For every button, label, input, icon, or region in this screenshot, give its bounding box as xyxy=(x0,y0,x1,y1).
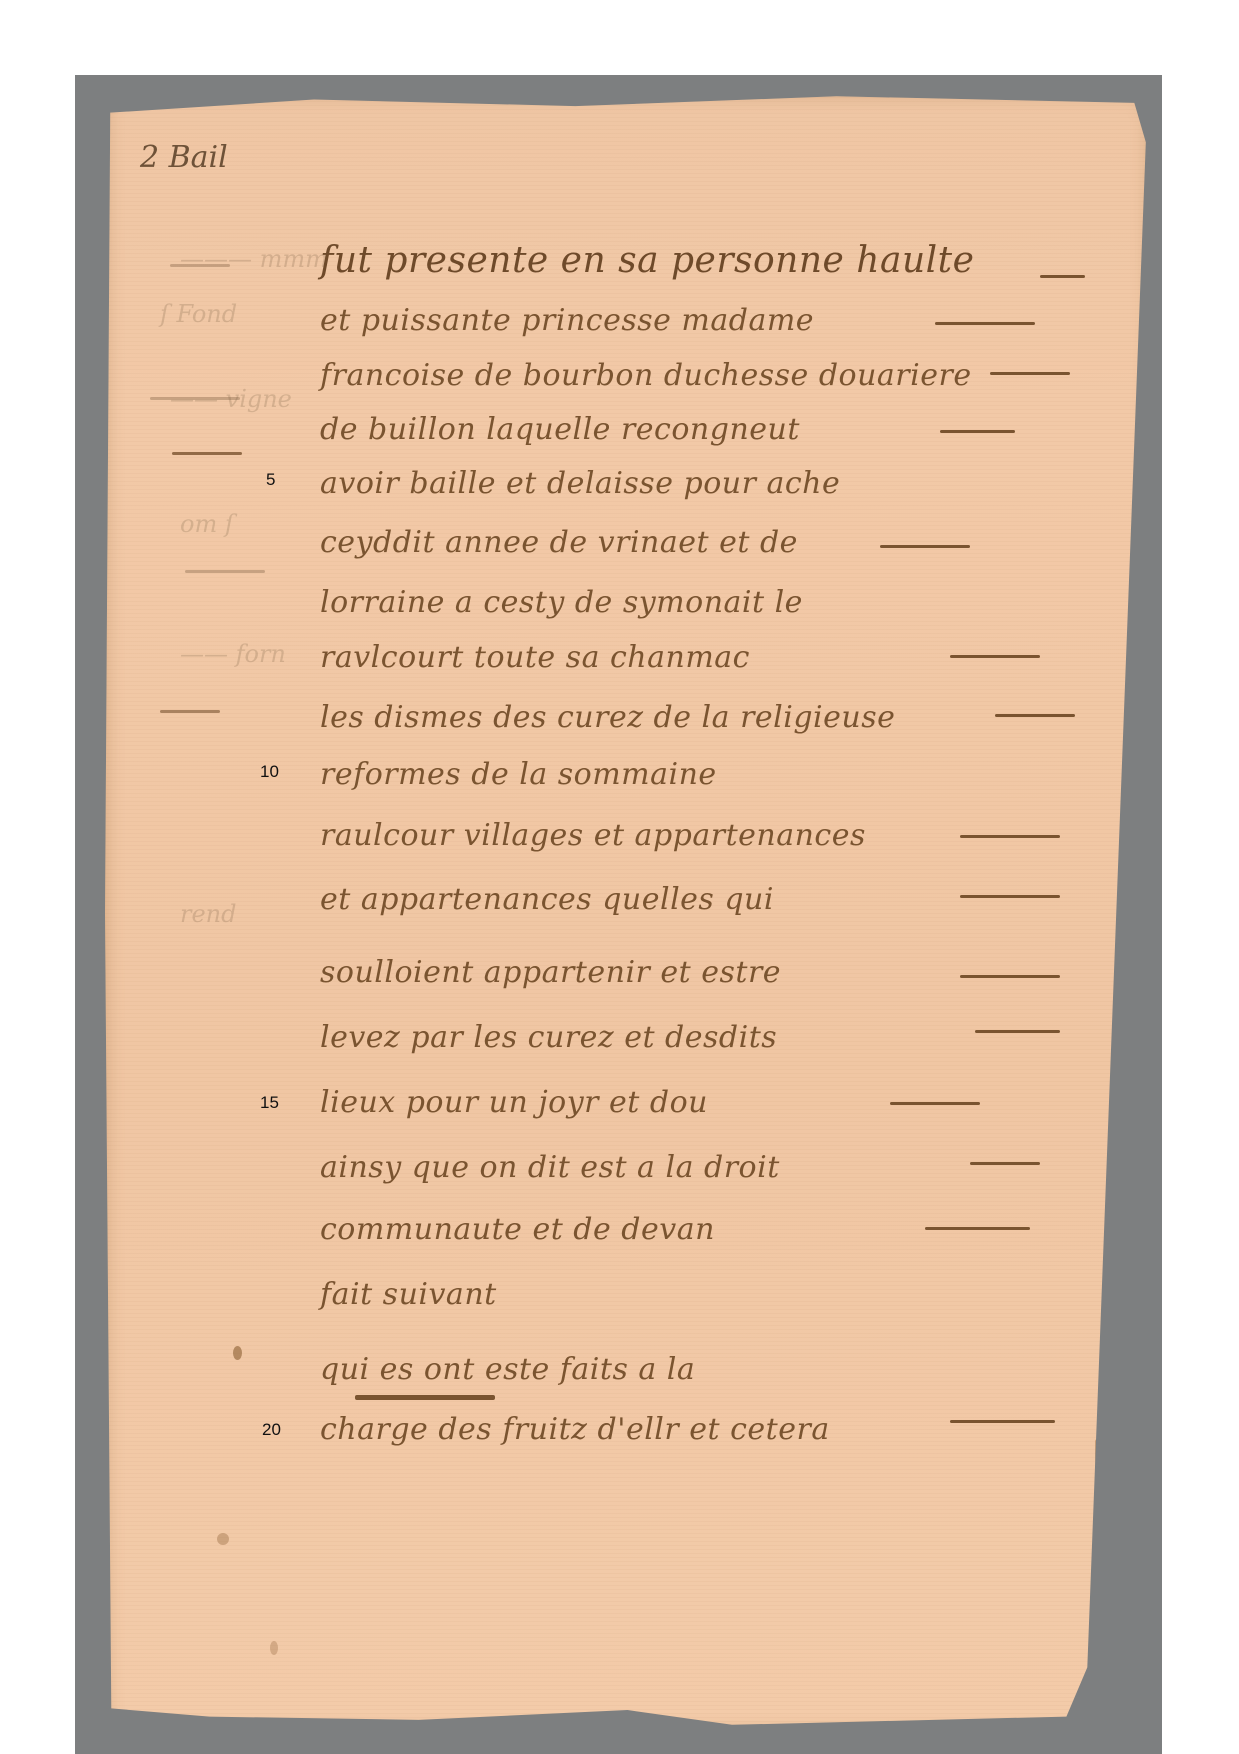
line-filler-stroke xyxy=(990,372,1070,375)
bleed-through-text: ——— mmm xyxy=(180,245,328,273)
line-filler-stroke xyxy=(935,322,1035,325)
manuscript-line-3: francoise de bourbon duchesse douariere xyxy=(320,358,972,393)
margin-stroke xyxy=(185,570,265,573)
manuscript-line-4: de buillon laquelle recongneut xyxy=(320,412,800,447)
manuscript-line-8: ravlcourt toute sa chanmac xyxy=(320,640,750,675)
line-filler-stroke xyxy=(960,835,1060,838)
line-filler-stroke xyxy=(995,714,1075,717)
manuscript-line-17: communaute et de devan xyxy=(320,1212,715,1247)
line-filler-stroke xyxy=(950,1420,1055,1423)
corner-annotation: 2 Bail xyxy=(140,140,228,175)
line-filler-stroke xyxy=(975,1030,1060,1033)
manuscript-line-18: fait suivant xyxy=(320,1277,497,1312)
bleed-through-text: rend xyxy=(180,900,237,928)
manuscript-line-12: et appartenances quelles qui xyxy=(320,882,774,917)
ink-stain xyxy=(233,1346,242,1360)
line-filler-stroke xyxy=(950,655,1040,658)
manuscript-line-13: soulloient appartenir et estre xyxy=(320,955,781,990)
line-filler-stroke xyxy=(890,1102,980,1105)
manuscript-line-20: charge des fruitz d'ellr et cetera xyxy=(320,1412,830,1447)
line-number-10: 10 xyxy=(260,762,279,782)
line-number-15: 15 xyxy=(260,1093,279,1113)
manuscript-line-2: et puissante princesse madame xyxy=(320,303,814,338)
manuscript-line-10: reformes de la sommaine xyxy=(320,757,717,792)
bleed-through-text: —— forn xyxy=(180,640,286,668)
manuscript-line-16: ainsy que on dit est a la droit xyxy=(320,1150,780,1185)
line-filler-stroke xyxy=(355,1395,495,1400)
line-filler-stroke xyxy=(970,1162,1040,1165)
ink-stain xyxy=(270,1641,278,1655)
margin-stroke xyxy=(172,452,242,455)
manuscript-line-19: qui es ont este faits a la xyxy=(320,1352,695,1387)
bleed-through-text: ſ Fond xyxy=(160,300,237,328)
line-filler-stroke xyxy=(960,975,1060,978)
manuscript-line-6: ceyddit annee de vrinaet et de xyxy=(320,525,798,560)
line-filler-stroke xyxy=(940,430,1015,433)
manuscript-line-14: levez par les curez et desdits xyxy=(320,1020,777,1055)
manuscript-line-15: lieux pour un joyr et dou xyxy=(320,1085,708,1120)
manuscript-line-7: lorraine a cesty de symonait le xyxy=(320,585,803,620)
line-number-5: 5 xyxy=(266,470,275,490)
manuscript-line-1: fut presente en sa personne haulte xyxy=(320,240,974,281)
ink-stain xyxy=(217,1533,229,1545)
line-filler-stroke xyxy=(925,1227,1030,1230)
manuscript-line-11: raulcour villages et appartenances xyxy=(320,818,866,853)
margin-stroke xyxy=(150,397,240,400)
manuscript-line-5: avoir baille et delaisse pour ache xyxy=(320,466,840,501)
line-filler-stroke xyxy=(960,895,1060,898)
line-filler-stroke xyxy=(880,545,970,548)
line-number-20: 20 xyxy=(262,1420,281,1440)
margin-stroke xyxy=(170,264,230,267)
manuscript-line-9: les dismes des curez de la religieuse xyxy=(320,700,895,735)
line-filler-stroke xyxy=(1040,275,1085,278)
bleed-through-text: om ſ xyxy=(180,510,234,538)
margin-stroke xyxy=(160,710,220,713)
